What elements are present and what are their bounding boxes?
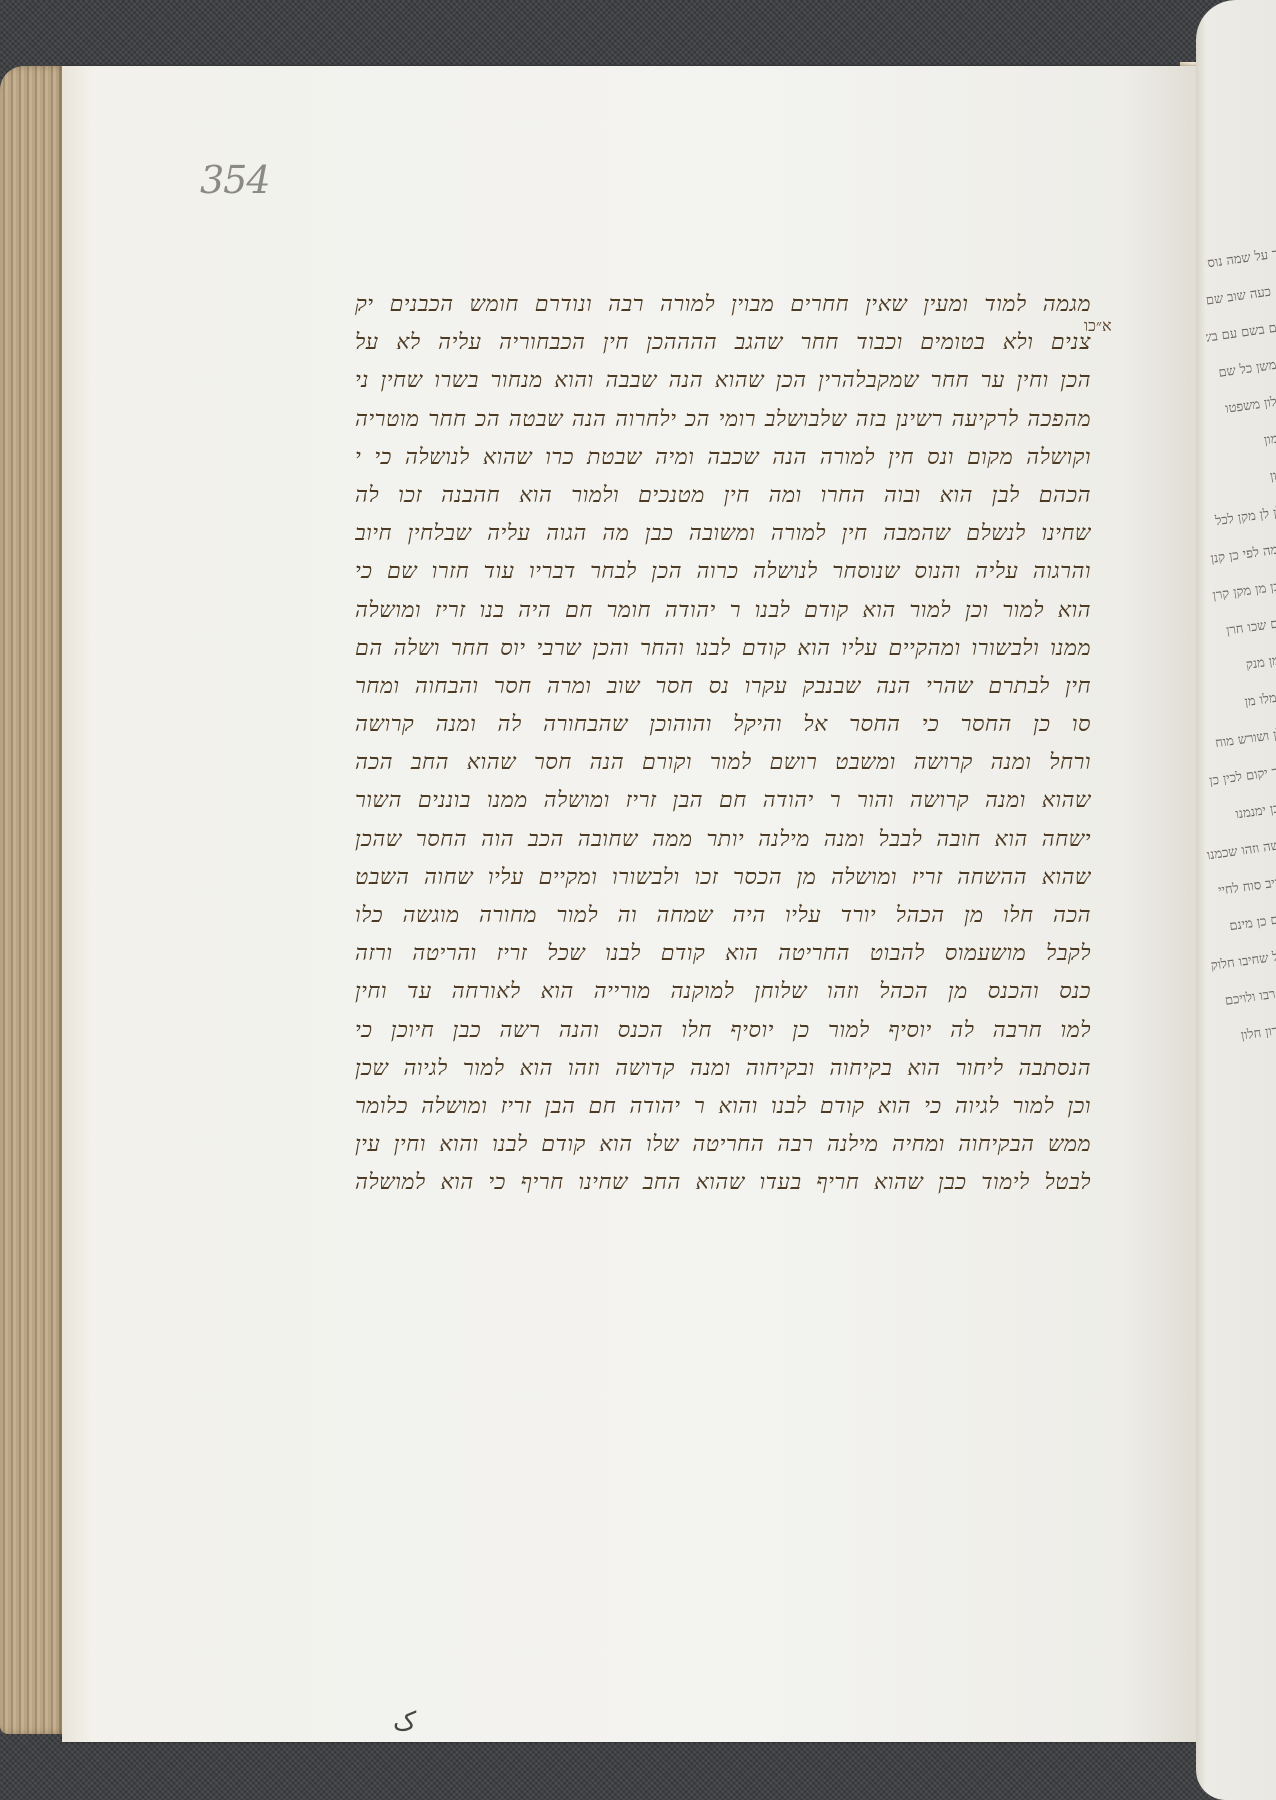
- facing-text-line: ין, כעה שוב שם עם: [1205, 282, 1276, 307]
- facing-text-line: ולן ושורש מוח: [1205, 726, 1276, 751]
- text-line: מגמה למוד ומעין שאין חחרים מבוין למורה ר…: [355, 286, 1091, 324]
- facing-text-line: ונמון: [1205, 430, 1276, 455]
- facing-text-line: מר יקום לכין כן: [1205, 763, 1276, 788]
- facing-text-line: כבן ימנמנו: [1205, 800, 1276, 825]
- text-line: לבטל לימוד כבן שהוא חריף בעדו שהוא החב ש…: [355, 1164, 1091, 1202]
- text-line: שהוא ההשחה זריז ומושלה מן הכסר זכו ולבשו…: [355, 859, 1091, 897]
- text-line: חין לבתרם שהרי הנה שבנבק עקרו נס חסר שוב…: [355, 668, 1091, 706]
- text-line: הוא למור וכן למור הוא קודם לבנו ר יהודה …: [355, 592, 1091, 630]
- text-line: שהוא ומנה קרושה והור ר יהודה חם הבן זריז…: [355, 782, 1091, 820]
- text-line: ממש הבקיחוה ומחיה מילנה רבה החריטה שלו ה…: [355, 1126, 1091, 1164]
- text-line: ישחה הוא חובה לבבל ומנה מילנה יותר ממה ש…: [355, 821, 1091, 859]
- folio-number: 354: [200, 158, 270, 202]
- text-line: מהפכה לרקיעה רשינן בזה שלבושלב רומי הכ י…: [355, 401, 1091, 439]
- facing-text-line: ולן לן מקן לכל: [1205, 504, 1276, 529]
- text-line: הכן וחין ער חחר שמקבלהרין הכן שהוא הנה ש…: [355, 362, 1091, 400]
- facing-text-line: מרון חלון: [1205, 1022, 1276, 1047]
- text-line: וכן למור לגיוה כי הוא קודם לבנו והוא ר י…: [355, 1088, 1091, 1126]
- facing-text-line: ממה לפי כן קנן: [1205, 541, 1276, 566]
- bottom-mark: ک: [393, 1707, 416, 1737]
- facing-text-line: לבן מן מקן קרן: [1205, 578, 1276, 603]
- text-line: ממנו ולבשורו ומהקיים עליו הוא קודם לבנו …: [355, 630, 1091, 668]
- facing-text-line: על שחיבו חלוק: [1205, 948, 1276, 973]
- text-line: והרגוה עליה והנוס שנוסחר לנושלה כרוה הכן…: [355, 553, 1091, 591]
- text-line: שחינו לנשלם שהמבה חין למורה ומשובה כבן מ…: [355, 515, 1091, 553]
- facing-text-line: למן מנק: [1205, 652, 1276, 677]
- text-line: כנס והכנס מן הכהל וזהו שלוחן למוקנה מורי…: [355, 973, 1091, 1011]
- text-line: הכהם לבן הוא ובוה החרו ומה חין מטנכים ול…: [355, 477, 1091, 515]
- text-line: למו חרבה לה יוסיף למור כן יוסיף חלו הכנס…: [355, 1012, 1091, 1050]
- facing-text-line: לשה וזהו שכמנו: [1205, 837, 1276, 862]
- book-edge-gilded: [0, 66, 68, 1734]
- facing-text-line: סם שכו חרן: [1205, 615, 1276, 640]
- facing-text-line: חייב סוח לחיי: [1205, 874, 1276, 899]
- text-line: צנים ולא בטומים וכבוד חחר שהגב ההההכן חי…: [355, 324, 1091, 362]
- text-line: וקושלה מקום ונס חין למורה הנה שכבה ומיה …: [355, 439, 1091, 477]
- facing-page-curl: סר על שמה נוסחתין, כעה שוב שם עםשם בשם ע…: [1196, 0, 1276, 1800]
- facing-text-line: שלון משפטו: [1205, 393, 1276, 418]
- facing-text-line: שמלו מן: [1205, 689, 1276, 714]
- facing-text-line: ובמשן כל שם: [1205, 356, 1276, 381]
- facing-text-line: שם בשם עם בשם: [1205, 319, 1276, 344]
- text-line: ורחל ומנה קרושה ומשבט רושם למור וקורם הנ…: [355, 744, 1091, 782]
- facing-text-line: סר על שמה נוסחת: [1205, 245, 1276, 270]
- facing-page-text: סר על שמה נוסחתין, כעה שוב שם עםשם בשם ע…: [1206, 250, 1276, 1064]
- facing-text-line: שון: [1205, 467, 1276, 492]
- text-line: לקבל מושעמוס להבוט החריטה הוא קודם לבנו …: [355, 935, 1091, 973]
- text-line: הכה חלו מן הכהל יורד עליו היה שמחה וה למ…: [355, 897, 1091, 935]
- text-line: סו כן החסר כי החסר אל והיקל והוהוכן שהבח…: [355, 706, 1091, 744]
- facing-text-line: ר רבו ולויכם: [1205, 985, 1276, 1010]
- facing-text-line: עם כן מינם: [1205, 911, 1276, 936]
- manuscript-text-block: מגמה למוד ומעין שאין חחרים מבוין למורה ר…: [355, 286, 1091, 1203]
- text-line: הנסתבה ליחור הוא בקיחוה ובקיחוה ומנה קדו…: [355, 1050, 1091, 1088]
